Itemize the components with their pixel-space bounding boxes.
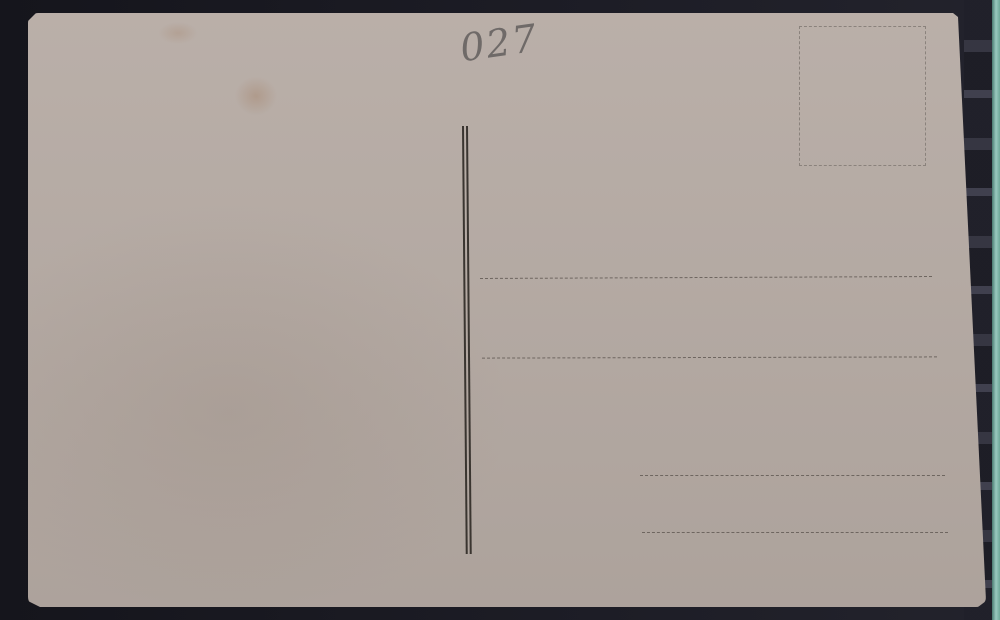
address-line-3	[640, 475, 945, 476]
address-line-4	[642, 532, 948, 533]
center-divider-line	[466, 126, 471, 554]
postcard-back: 027	[28, 13, 986, 607]
stamp-box	[799, 26, 926, 166]
green-edge	[992, 0, 1000, 620]
address-line-1	[480, 276, 932, 279]
handwritten-number: 027	[457, 16, 541, 71]
address-line-2	[482, 356, 937, 358]
